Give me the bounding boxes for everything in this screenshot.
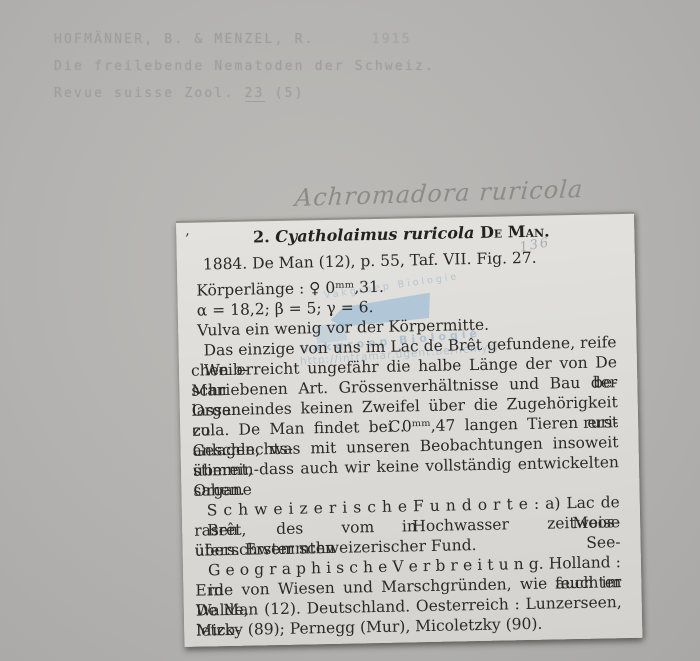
journal-issue: (5): [265, 86, 305, 101]
section-number: 2.: [253, 227, 276, 246]
handwritten-species-annotation: Achromadora ruricola: [294, 175, 584, 212]
pasted-clipping: Vakgroep Biologie Vakgroep Biologie http…: [176, 212, 642, 647]
reference-authors: HOFMÄNNER, B. & MENZEL, R.: [54, 32, 315, 47]
typewritten-reference: HOFMÄNNER, B. & MENZEL, R.1915 Die freil…: [54, 26, 435, 107]
citation-line: 1884. De Man (12), p. 55, Taf. VII. Fig.…: [203, 246, 615, 274]
scanned-index-card: { "typewritten": { "authors": "HOFMÄNNER…: [0, 0, 700, 661]
journal-volume-underlined: 23: [245, 86, 265, 102]
reference-title: Die freilebende Nematoden der Schweiz.: [54, 53, 435, 80]
reference-year: 1915: [372, 32, 412, 47]
reference-journal-line: Revue suisse Zool. 23 (5): [54, 80, 435, 107]
species-name: Cyatholaimus ruricola: [275, 223, 475, 246]
reference-authors-line: HOFMÄNNER, B. & MENZEL, R.1915: [54, 26, 435, 53]
printed-text-block: 2. Cyatholaimus ruricola De Man. 1884. D…: [188, 219, 622, 640]
journal-name: Revue suisse Zool.: [54, 86, 245, 101]
